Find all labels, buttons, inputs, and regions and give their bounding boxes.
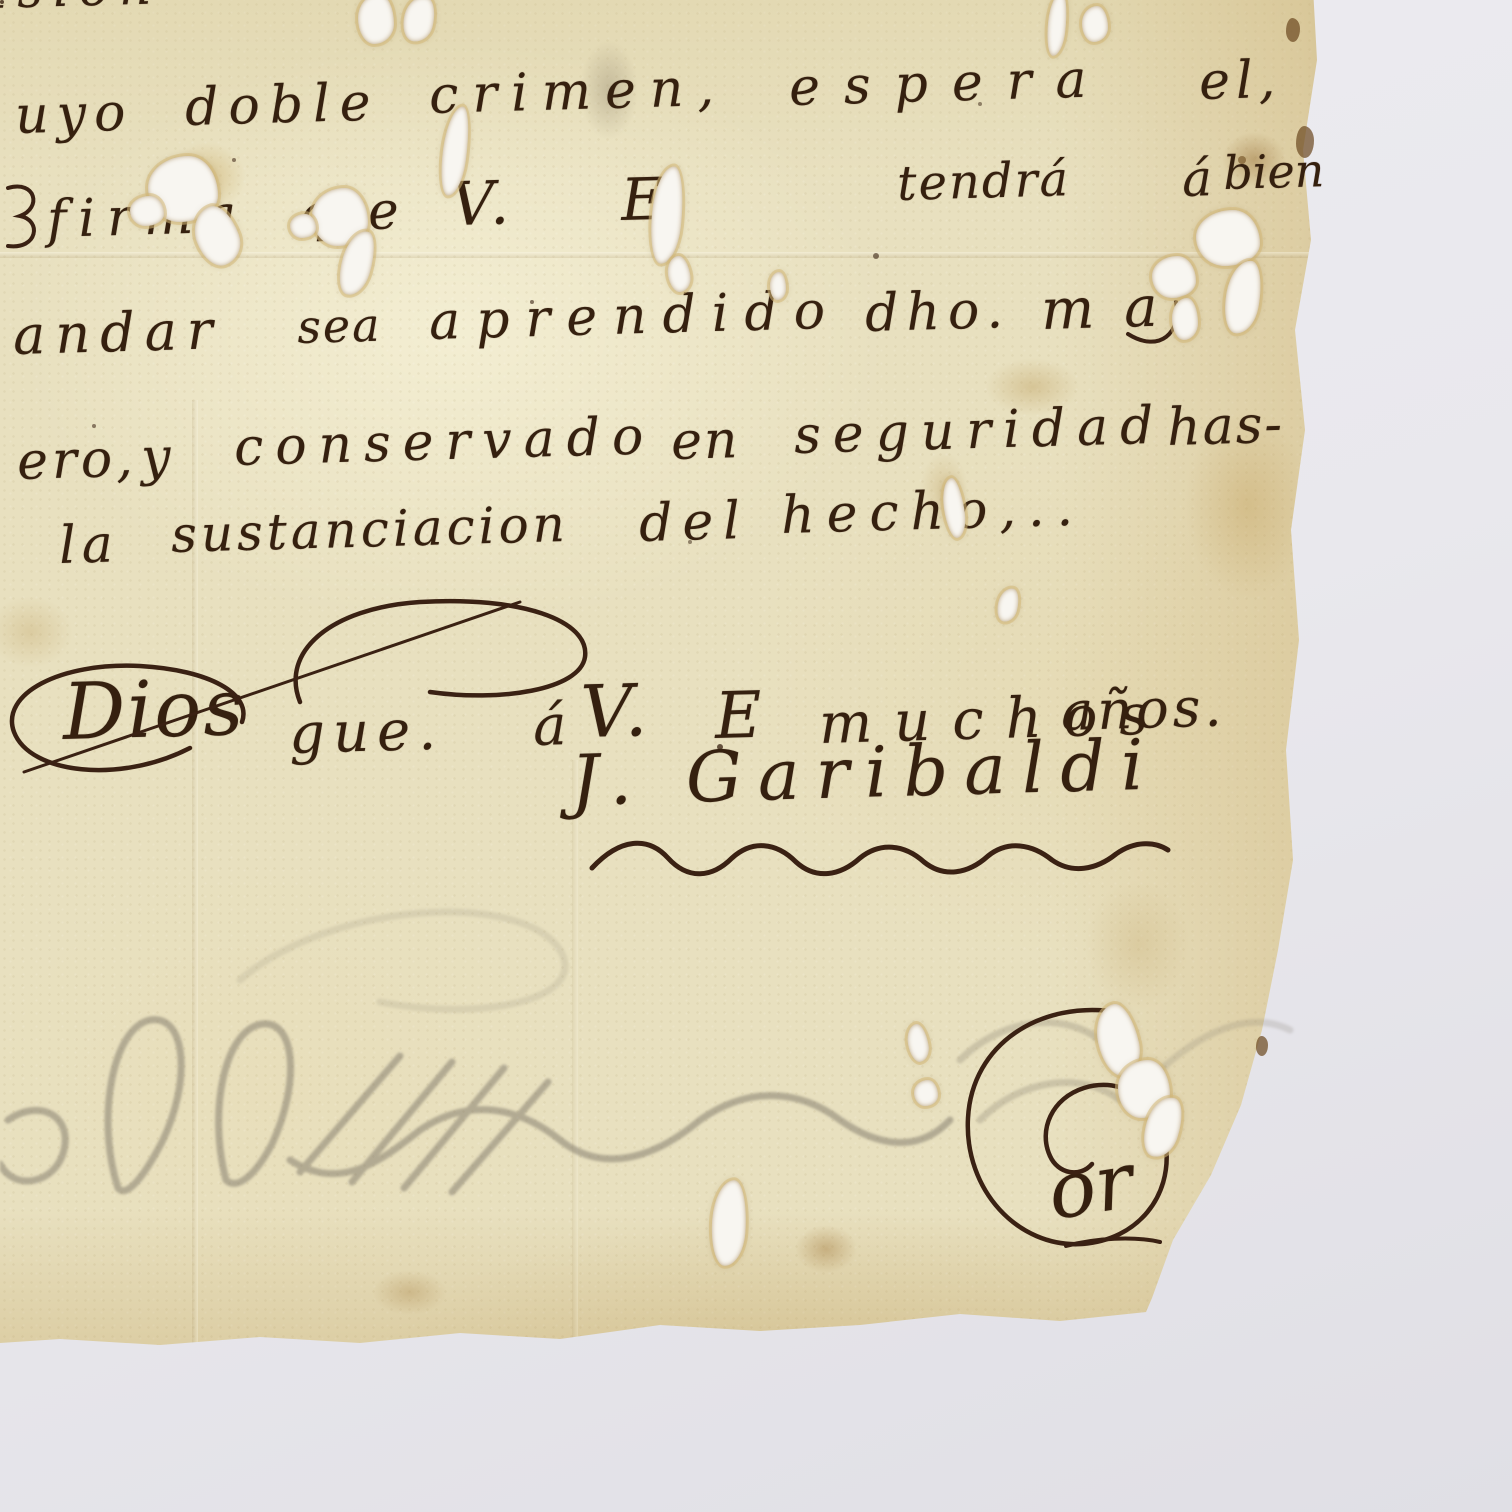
worm-hole — [399, 0, 439, 45]
worm-hole-sliver — [647, 165, 687, 266]
worm-hole — [1152, 256, 1196, 298]
worm-hole — [358, 0, 394, 44]
worm-hole — [770, 272, 786, 300]
edge-chip — [1296, 126, 1314, 158]
manuscript-photo: ision uyo doble crimen, espera el, firma… — [0, 0, 1512, 1512]
worm-hole — [1172, 298, 1198, 340]
worm-hole-sliver — [437, 105, 473, 197]
edge-chip — [1256, 1036, 1268, 1056]
worm-hole — [130, 196, 164, 226]
worm-hole — [905, 1023, 931, 1064]
worm-hole — [709, 1179, 749, 1267]
worm-hole — [914, 1080, 938, 1106]
worm-hole — [994, 586, 1022, 624]
worm-hole — [1082, 6, 1108, 42]
worm-hole — [290, 214, 316, 238]
worm-hole — [1220, 258, 1266, 337]
worm-hole-star — [1196, 210, 1260, 266]
worm-hole — [1045, 0, 1070, 57]
paper-damage-layer — [0, 0, 1512, 1512]
worm-hole — [940, 477, 968, 539]
edge-chip — [1286, 18, 1300, 42]
worm-hole — [666, 255, 693, 294]
